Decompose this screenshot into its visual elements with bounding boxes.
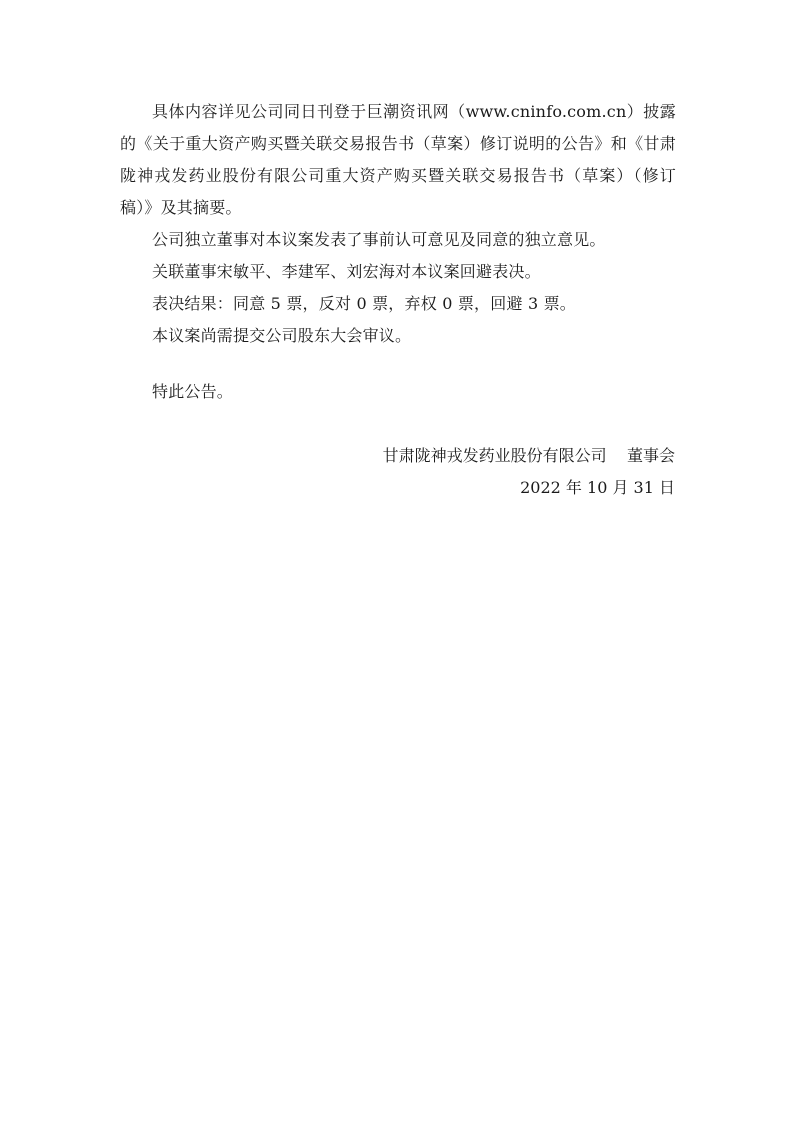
paragraph-independent-directors-opinion: 公司独立董事对本议案发表了事前认可意见及同意的独立意见。 [120,224,676,256]
document-body: 具体内容详见公司同日刊登于巨潮资讯网（www.cninfo.com.cn）披露的… [120,96,676,408]
paragraph-related-directors-recusal: 关联董事宋敏平、李建军、刘宏海对本议案回避表决。 [120,256,676,288]
signature-block: 甘肃陇神戎发药业股份有限公司 董事会 2022 年 10 月 31 日 [383,440,675,504]
closing-statement: 特此公告。 [120,376,676,408]
signature-board: 董事会 [627,446,675,465]
paragraph-shareholder-meeting-note: 本议案尚需提交公司股东大会审议。 [120,320,676,352]
paragraph-disclosure-reference: 具体内容详见公司同日刊登于巨潮资讯网（www.cninfo.com.cn）披露的… [120,96,676,224]
signature-date: 2022 年 10 月 31 日 [383,472,675,504]
paragraph-spacer [120,352,676,376]
signature-company: 甘肃陇神戎发药业股份有限公司 [383,446,607,465]
signature-issuer: 甘肃陇神戎发药业股份有限公司 董事会 [383,440,675,472]
paragraph-voting-result: 表决结果：同意 5 票，反对 0 票，弃权 0 票，回避 3 票。 [120,288,676,320]
document-page: 具体内容详见公司同日刊登于巨潮资讯网（www.cninfo.com.cn）披露的… [0,0,793,1122]
